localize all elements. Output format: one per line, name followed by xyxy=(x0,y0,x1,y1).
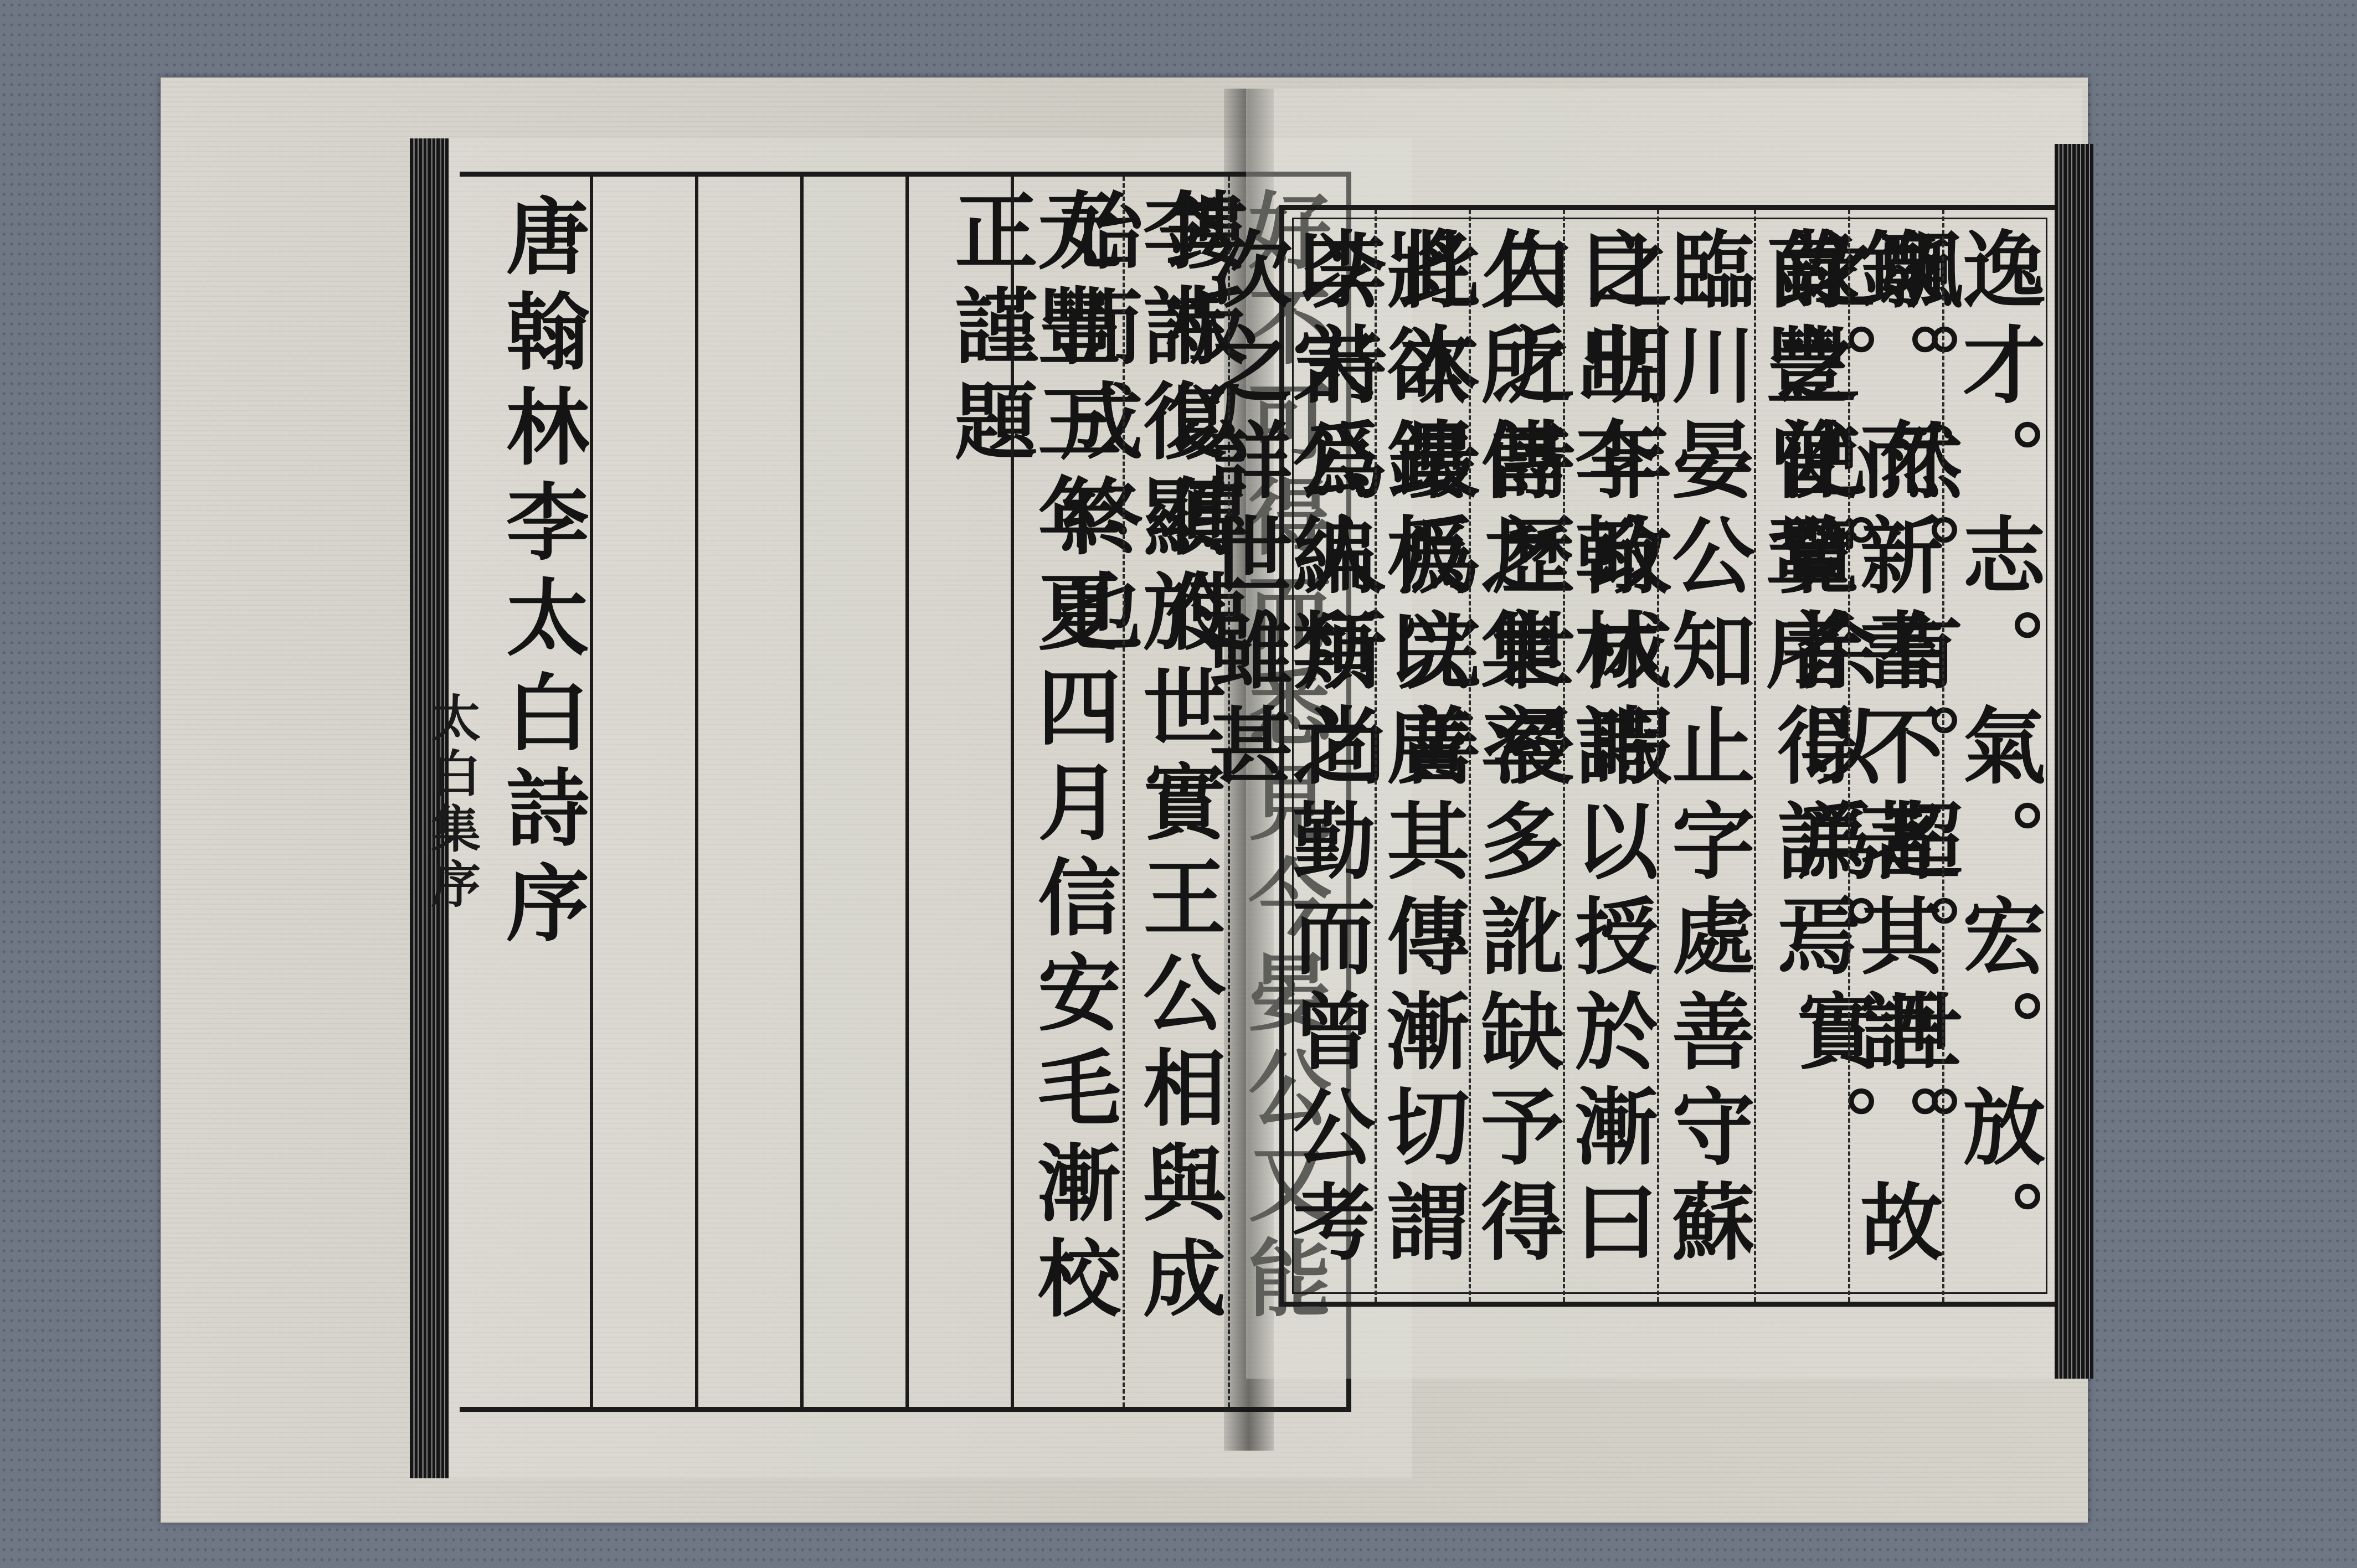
right-page-frame: 逸才。志。氣。宏。放。飄。然。有。超。世。之。心。余以爲。實。 錄。而新書不著其… xyxy=(1279,205,2060,1307)
column-rule xyxy=(1123,177,1125,1407)
right-page: 逸才。志。氣。宏。放。飄。然。有。超。世。之。心。余以爲。實。 錄。而新書不著其… xyxy=(1246,89,2082,1379)
column-rule xyxy=(695,177,698,1407)
right-page-spine xyxy=(2055,144,2093,1379)
column-rule xyxy=(1011,177,1014,1407)
left-col-title: 唐翰林李太白詩序 xyxy=(499,193,582,1407)
column-rule xyxy=(800,177,804,1407)
column-rule xyxy=(590,177,593,1407)
book-sheet: 太白集序 好不可得而悉見今晏公又能鏤板以傳使 李詩復顯於世實王公相與成始而成終也… xyxy=(161,78,2088,1523)
right-col-3-author: 南豐曾鞏序 xyxy=(1759,226,1842,1302)
column-rule xyxy=(905,177,909,1407)
right-col-8: 以宋公編類之勤而曾公考次之詳世雖甚 xyxy=(1202,226,1368,1302)
left-col-3-colophon: 元豐三年夏四月信安毛漸校正謹題 xyxy=(948,188,1114,1407)
